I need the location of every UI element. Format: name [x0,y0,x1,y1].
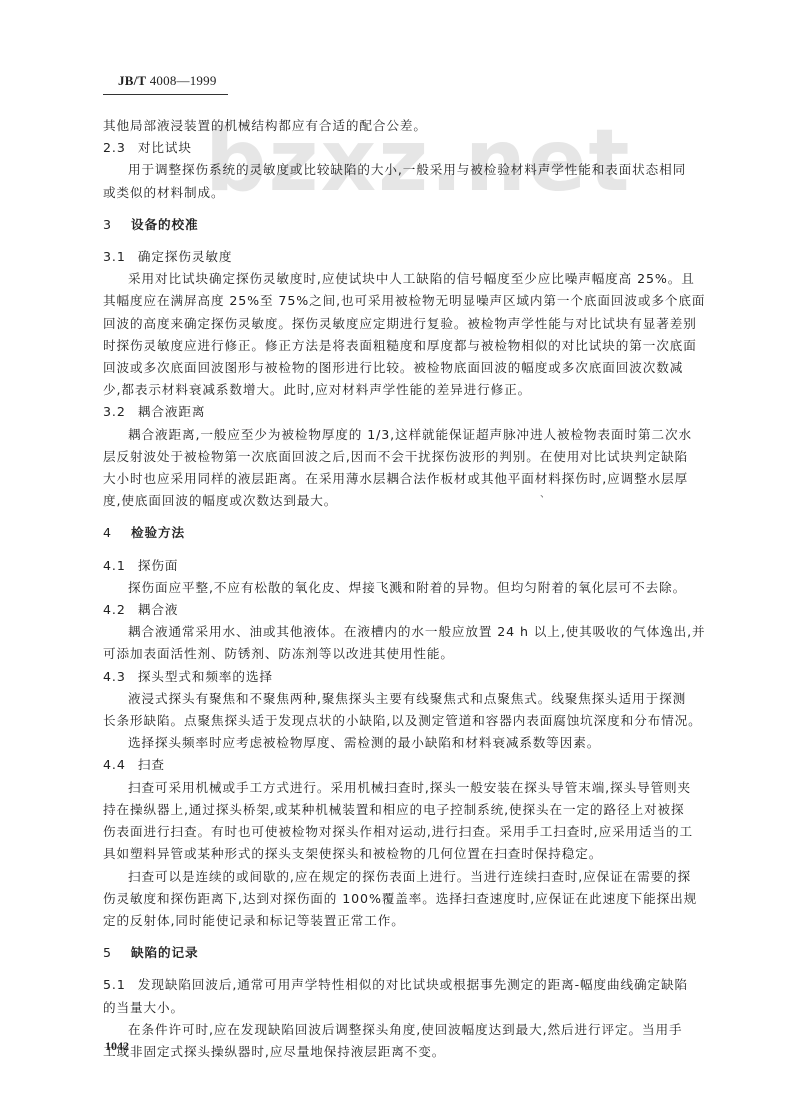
section-2-3-heading: 2.3 对比试块 [103,137,678,159]
section-3-heading: 3设备的校准 [103,214,678,236]
section-4-1-heading: 4.1 探伤面 [103,555,678,577]
paragraph-line: 耦合液通常采用水、油或其他液体。在液槽内的水一般应放置 24 h 以上,使其吸收… [103,621,678,643]
paragraph-line: 的当量大小。 [103,997,678,1019]
paragraph-line: 其幅度应在满屏高度 25%至 75%之间,也可采用被检物无明显噪声区域内第一个底… [103,290,678,312]
paragraph-line: 工或非固定式探头操纵器时,应尽量地保持液层距离不变。 [103,1041,678,1063]
section-4-3-heading: 4.3 探头型式和频率的选择 [103,666,678,688]
code-number: 4008—1999 [150,73,217,88]
document-body: 其他局部液浸装置的机械结构都应有合适的配合公差。 2.3 对比试块 用于调整探伤… [103,115,678,1063]
paragraph-line: 伤灵敏度和探伤距离下,达到对探伤面的 100%覆盖率。选择扫查速度时,应保证在此… [103,888,678,910]
paragraph-line: 选择探头频率时应考虑被检物厚度、需检测的最小缺陷和材料衰减系数等因素。 [103,732,678,754]
paragraph-line: 伤表面进行扫查。有时也可使被检物对探头作相对运动,进行扫查。采用手工扫查时,应采… [103,821,678,843]
paragraph-line: 具如塑料异管或某种形式的探头支架使探头和被检物的几何位置在扫查时保持稳定。 [103,843,678,865]
document-page: JB/T 4008—1999 bzxz.net 其他局部液浸装置的机械结构都应有… [0,0,800,1110]
paragraph-line: 在条件许可时,应在发现缺陷回波后调整探头角度,使回波幅度达到最大,然后进行评定。… [103,1019,678,1041]
paragraph-line: 少,都表示材料衰减系数增大。此时,应对材料声学性能的差异进行修正。 [103,379,678,401]
paragraph-line: 采用对比试块确定探伤灵敏度时,应使试块中人工缺陷的信号幅度至少应比噪声幅度高 2… [103,268,678,290]
code-prefix: JB/T [118,73,146,88]
paragraph-line: 液浸式探头有聚焦和不聚焦两种,聚焦探头主要有线聚焦式和点聚焦式。线聚焦探头适用于… [103,688,678,710]
paragraph-line: 长条形缺陷。点聚焦探头适于发现点状的小缺陷,以及测定管道和容器内表面腐蚀坑深度和… [103,710,678,732]
section-5-heading: 5缺陷的记录 [103,942,678,964]
paragraph-line: 大小时也应采用同样的液层距离。在采用薄水层耦合法作板材或其他平面材料探伤时,应调… [103,468,678,490]
section-3-1-heading: 3.1 确定探伤灵敏度 [103,246,678,268]
section-4-4-heading: 4.4 扫查 [103,754,678,776]
section-5-1-para: 5.1 发现缺陷回波后,通常可用声学特性相似的对比试块或根据事先测定的距离-幅度… [103,974,678,996]
section-4-heading: 4检验方法 [103,522,678,544]
paragraph-line: 用于调整探伤系统的灵敏度或比较缺陷的大小,一般采用与被检验材料声学性能和表面状态… [103,159,678,181]
paragraph-line: 定的反射体,同时能使记录和标记等装置正常工作。 [103,910,678,932]
paragraph-line: 持在操纵器上,通过探头桥架,或某种机械装置和相应的电子控制系统,使探头在一定的路… [103,799,678,821]
paragraph-line: 耦合液距离,一般应至少为被检物厚度的 1/3,这样就能保证超声脉冲进人被检物表面… [103,424,678,446]
section-3-2-heading: 3.2 耦合液距离 [103,401,678,423]
paragraph-line: 或类似的材料制成。 [103,182,678,204]
paragraph-line: 扫查可采用机械或手工方式进行。采用机械扫查时,探头一般安装在探头导管末端,探头导… [103,777,678,799]
paragraph-line: 层反射波处于被检物第一次底面回波之后,因而不会干扰探伤波形的判别。在使用对比试块… [103,446,678,468]
header-rule [103,94,228,95]
standard-code-header: JB/T 4008—1999 [118,73,217,89]
continuation-line: 其他局部液浸装置的机械结构都应有合适的配合公差。 [103,115,678,137]
section-4-2-heading: 4.2 耦合液 [103,599,678,621]
paragraph-line: 扫查可以是连续的或间歇的,应在规定的探伤表面上进行。当进行连续扫查时,应保证在需… [103,866,678,888]
paragraph-line: 可添加表面活性剂、防锈剂、防冻剂等以改进其使用性能。 [103,643,678,665]
paragraph-line: 回波的高度来确定探伤灵敏度。探伤灵敏度应定期进行复验。被检物声学性能与对比试块有… [103,313,678,335]
paragraph-line: 度,使底面回波的幅度或次数达到最大。 [103,490,678,512]
paragraph-line: 时探伤灵敏度应进行修正。修正方法是将表面粗糙度和厚度都与被检物相似的对比试块的第… [103,335,678,357]
paragraph-line: 回波或多次底面回波图形与被检物的图形进行比较。被检物底面回波的幅度或多次底面回波… [103,357,678,379]
paragraph-line: 探伤面应平整,不应有松散的氧化皮、焊接飞溅和附着的异物。但均匀附着的氧化层可不去… [103,577,678,599]
